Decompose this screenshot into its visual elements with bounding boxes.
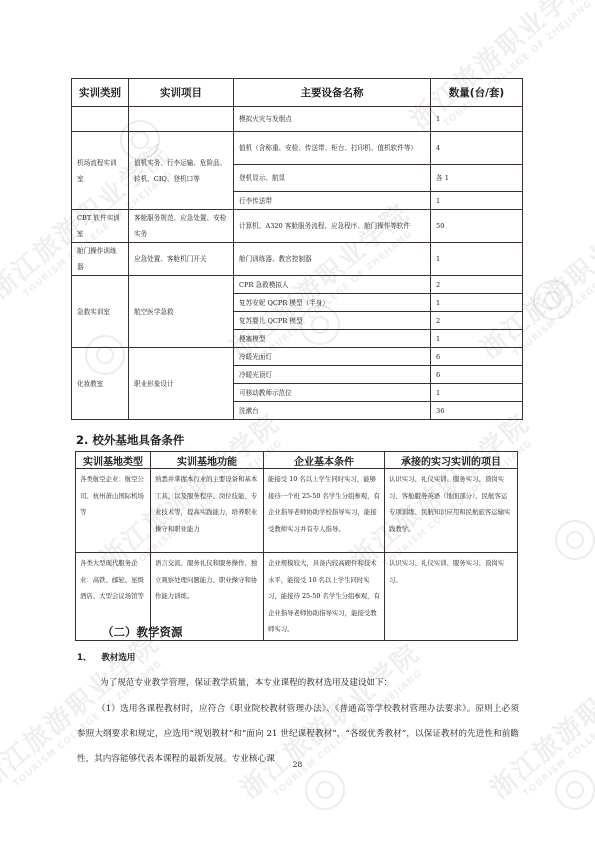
category-cell: 急救实训室 — [72, 276, 129, 348]
quantity-cell: 6 — [431, 366, 523, 384]
column-header: 企业基本条件 — [264, 452, 385, 469]
equipment-cell: 冷暖光面灯 — [234, 348, 431, 366]
column-header: 实训基地功能 — [151, 452, 264, 469]
subsection-title: 教材选用 — [101, 653, 135, 663]
table-row: 急救实训室 航空医学急救 CPR 急救模拟人 2 — [72, 276, 523, 294]
equipment-cell: 冷暖光顶灯 — [234, 366, 431, 384]
column-header: 承接的实习实训的项目 — [385, 452, 518, 469]
external-base-table: 实训基地类型 实训基地功能 企业基本条件 承接的实习实训的项目 各类航空企业：航… — [75, 451, 518, 641]
category-cell: 机场流程实训室 — [72, 132, 129, 210]
table-row: CBT 软件实训室 客舱服务规范、应急处置、安检实务 计算机、A320 客舱服务… — [72, 210, 523, 243]
quantity-cell: 1 — [431, 107, 523, 132]
section-heading: 2. 校外基地具备条件 — [76, 432, 184, 448]
equipment-cell: 梗塞模型 — [234, 330, 431, 348]
category-cell: CBT 软件实训室 — [72, 210, 129, 243]
quantity-cell: 1 — [431, 384, 523, 402]
page-number: 28 — [0, 760, 595, 769]
equipment-cell: CPR 急救模拟人 — [234, 276, 431, 294]
conditions-cell: 企业规模较大，具备内较高硬件和技术水平，能接受 10 名以上学生同时实习，能接待… — [264, 553, 385, 641]
equipment-cell: 复苏安妮 QCPR 模型（半身） — [234, 294, 431, 312]
table-row: 机场流程实训室 值机实务、行李运输、危险品、转机、CIQ、登机口等 值机（含称重… — [72, 132, 523, 165]
table-row: 舱门操作训练器 应急处置、客舱机门开关 舱门训练器、教官控制器 1 — [72, 243, 523, 276]
subsection-heading: 1、教材选用 — [77, 651, 135, 663]
equipment-cell: 舱门训练器、教官控制器 — [234, 243, 431, 276]
projects-cell: 认识实习、礼仪实训、服务实习、顶岗实习、客舱服务英语（地面部分）、民航客运专项训… — [385, 469, 518, 553]
conditions-cell: 能接受 10 名以上学生同时实习，能够接待一个班 25-50 名学生分组参观，有… — [264, 469, 385, 553]
quantity-cell: 1 — [431, 243, 523, 276]
equipment-cell: 计算机、A320 客舱服务流程、应急程序、舱门操作等软件 — [234, 210, 431, 243]
paragraph: 为了规范专业教学管理，保证教学质量，本专业课程的教材选用及建设如下： — [77, 671, 519, 696]
equipment-cell: 行李传送带 — [234, 192, 431, 210]
project-cell — [129, 107, 234, 132]
section-heading: （二）教学资源 — [102, 624, 183, 640]
quantity-cell: 各 1 — [431, 165, 523, 192]
column-header: 实训类别 — [72, 79, 129, 107]
equipment-cell: 复苏婴儿 QCPR 模型 — [234, 312, 431, 330]
seal-watermark-icon — [555, 770, 595, 810]
column-header: 主要设备名称 — [234, 79, 431, 107]
seal-watermark-icon — [533, 280, 573, 320]
category-cell: 化妆教室 — [72, 348, 129, 420]
column-header: 实训基地类型 — [76, 452, 151, 469]
projects-cell: 认识实习、礼仪实训、服务实习、顶岗实习。 — [385, 553, 518, 641]
equipment-cell: 值机（含称重、安检、传送带、柜台、打印机、值机软件等） — [234, 132, 431, 165]
base-function-cell: 熟悉并掌握本行业的主要设备和基本工具，以及服务程序、岗位技能、专业技术等，提高实… — [151, 469, 264, 553]
quantity-cell: 36 — [431, 402, 523, 420]
column-header: 数量(台/套) — [431, 79, 523, 107]
quantity-cell: 1 — [431, 330, 523, 348]
quantity-cell: 50 — [431, 210, 523, 243]
subsection-number: 1、 — [77, 653, 91, 663]
table-header-row: 实训类别 实训项目 主要设备名称 数量(台/套) — [72, 79, 523, 107]
table-row: 化妆教室 职业形象设计 冷暖光面灯 6 — [72, 348, 523, 366]
quantity-cell: 4 — [431, 132, 523, 165]
project-cell: 客舱服务规范、应急处置、安检实务 — [129, 210, 234, 243]
quantity-cell: 2 — [431, 312, 523, 330]
quantity-cell: 2 — [431, 276, 523, 294]
column-header: 实训项目 — [129, 79, 234, 107]
project-cell: 航空医学急救 — [129, 276, 234, 348]
quantity-cell: 6 — [431, 348, 523, 366]
base-type-cell: 各类航空企业：航空公司、杭州萧山国际机场等 — [76, 469, 151, 553]
project-cell: 值机实务、行李运输、危险品、转机、CIQ、登机口等 — [129, 132, 234, 210]
quantity-cell: 1 — [431, 192, 523, 210]
seal-watermark-icon — [305, 770, 345, 810]
category-cell — [72, 107, 129, 132]
equipment-cell: 洗漱台 — [234, 402, 431, 420]
equipment-cell: 可移动教师示范位 — [234, 384, 431, 402]
equipment-cell: 模拟火灾与发烟点 — [234, 107, 431, 132]
table-row: 模拟火灾与发烟点 1 — [72, 107, 523, 132]
quantity-cell: 1 — [431, 294, 523, 312]
table-header-row: 实训基地类型 实训基地功能 企业基本条件 承接的实习实训的项目 — [76, 452, 518, 469]
equipment-table: 实训类别 实训项目 主要设备名称 数量(台/套) 模拟火灾与发烟点 1 机场流程… — [71, 78, 523, 420]
equipment-cell: 登机显示、航显 — [234, 165, 431, 192]
seal-watermark-icon — [555, 520, 595, 560]
project-cell: 应急处置、客舱机门开关 — [129, 243, 234, 276]
table-row: 各类航空企业：航空公司、杭州萧山国际机场等 熟悉并掌握本行业的主要设备和基本工具… — [76, 469, 518, 553]
project-cell: 职业形象设计 — [129, 348, 234, 420]
category-cell: 舱门操作训练器 — [72, 243, 129, 276]
